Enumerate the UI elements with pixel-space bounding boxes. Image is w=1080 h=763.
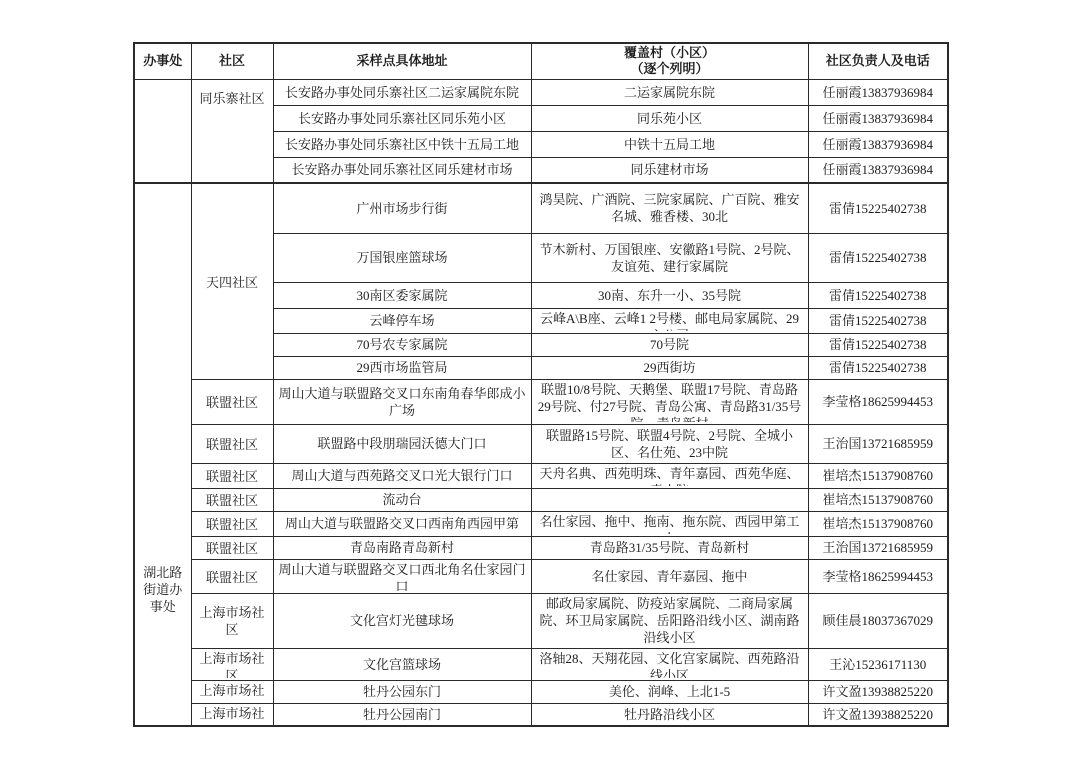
address-cell: 长安路办事处同乐寨社区中铁十五局工地 xyxy=(273,131,531,157)
contact-text: 雷倩15225402738 xyxy=(814,312,943,329)
covered-text: 云峰A\B座、云峰1 2号楼、邮电局家属院、29六公司 xyxy=(537,310,803,331)
header-address: 采样点具体地址 xyxy=(273,43,531,79)
table-row: 联盟社区 青岛南路青岛新村 青岛路31/35号院、青岛新村 王治国1372168… xyxy=(134,536,948,559)
contact-text: 王治国13721685959 xyxy=(814,539,943,556)
address-text: 长安路办事处同乐寨社区同乐苑小区 xyxy=(279,110,526,127)
address-text: 30南区委家属院 xyxy=(279,287,526,304)
contact-cell: 雷倩15225402738 xyxy=(808,183,948,233)
contact-cell: 许文盈13938825220 xyxy=(808,703,948,726)
address-cell: 青岛南路青岛新村 xyxy=(273,536,531,559)
address-text: 周山大道与联盟路交叉口西南角西园甲第 xyxy=(279,515,526,532)
address-cell: 周山大道与西苑路交叉口光大银行门口 xyxy=(273,463,531,488)
address-cell: 长安路办事处同乐寨社区同乐建材市场 xyxy=(273,157,531,183)
contact-cell: 王治国13721685959 xyxy=(808,536,948,559)
table-row: 上海市场社区 牡丹公园南门 牡丹路沿线小区 许文盈13938825220 xyxy=(134,703,948,726)
address-text: 周山大道与西苑路交叉口光大银行门口 xyxy=(279,467,526,484)
address-cell: 文化宫灯光毽球场 xyxy=(273,593,531,648)
contact-cell: 雷倩15225402738 xyxy=(808,233,948,282)
table-row: 联盟社区 周山大道与西苑路交叉口光大银行门口 天舟名典、西苑明珠、青年嘉园、西苑… xyxy=(134,463,948,488)
table-row: 联盟社区 周山大道与联盟路交叉口东南角春华郎成小广场 联盟10/8号院、天鹅堡、… xyxy=(134,379,948,424)
table-row: 上海市场社区 文化宫篮球场 洛轴28、天翔花园、文化宫家属院、西苑路沿线小区 王… xyxy=(134,648,948,680)
address-text: 周山大道与联盟路交叉口西北角名仕家园门口 xyxy=(279,561,526,591)
contact-text: 任丽霞13837936984 xyxy=(814,161,943,178)
covered-text: 美伦、润峰、上北1-5 xyxy=(537,683,803,700)
contact-text: 王治国13721685959 xyxy=(814,435,943,452)
contact-text: 崔培杰15137908760 xyxy=(814,491,943,508)
contact-cell: 任丽霞13837936984 xyxy=(808,105,948,131)
contact-text: 雷倩15225402738 xyxy=(814,359,943,376)
address-cell: 长安路办事处同乐寨社区同乐苑小区 xyxy=(273,105,531,131)
address-text: 云峰停车场 xyxy=(279,312,526,329)
contact-text: 李莹格18625994453 xyxy=(814,568,943,585)
address-text: 牡丹公园东门 xyxy=(279,683,526,700)
community-cell: 联盟社区 xyxy=(191,379,273,424)
office-cell xyxy=(134,79,191,183)
address-text: 青岛南路青岛新村 xyxy=(279,539,526,556)
header-row: 办事处 社区 采样点具体地址 覆盖村（小区） （逐个列明） 社区负责人及电话 xyxy=(134,43,948,79)
covered-cell: 联盟10/8号院、天鹅堡、联盟17号院、青岛路29号院、付27号院、青岛公寓、青… xyxy=(531,379,808,424)
contact-cell: 李莹格18625994453 xyxy=(808,379,948,424)
office-cell: 湖北路街道办事处 xyxy=(134,183,191,726)
community-cell: 上海市场社区 xyxy=(191,680,273,703)
covered-text: 鸿昊院、广酒院、三院家属院、广百院、雅安名城、雅香楼、30北 xyxy=(537,191,803,225)
covered-text: 青岛路31/35号院、青岛新村 xyxy=(537,539,803,556)
address-cell: 流动台 xyxy=(273,488,531,511)
community-cell: 上海市场社区 xyxy=(191,593,273,648)
address-cell: 牡丹公园东门 xyxy=(273,680,531,703)
contact-cell: 许文盈13938825220 xyxy=(808,680,948,703)
contact-cell: 雷倩15225402738 xyxy=(808,308,948,333)
covered-cell: 鸿昊院、广酒院、三院家属院、广百院、雅安名城、雅香楼、30北 xyxy=(531,183,808,233)
covered-text: 联盟10/8号院、天鹅堡、联盟17号院、青岛路29号院、付27号院、青岛公寓、青… xyxy=(537,381,803,422)
covered-text: 天舟名典、西苑明珠、青年嘉园、西苑华庭、青小院 xyxy=(537,465,803,486)
covered-cell: 邮政局家属院、防疫站家属院、二商局家属院、环卫局家属院、岳阳路沿线小区、湖南路沿… xyxy=(531,593,808,648)
address-cell: 万国银座篮球场 xyxy=(273,233,531,282)
covered-cell: 名仕家园、拖中、拖南、拖东院、西园甲第工人 xyxy=(531,511,808,536)
address-cell: 广州市场步行街 xyxy=(273,183,531,233)
covered-cell: 联盟路15号院、联盟4号院、2号院、全城小区、名仕苑、23中院 xyxy=(531,424,808,463)
address-text: 广州市场步行街 xyxy=(279,200,526,217)
contact-cell: 崔培杰15137908760 xyxy=(808,463,948,488)
address-text: 长安路办事处同乐寨社区二运家属院东院 xyxy=(279,84,526,101)
contact-text: 雷倩15225402738 xyxy=(814,249,943,266)
community-cell: 上海市场社区 xyxy=(191,703,273,726)
covered-text: 同乐苑小区 xyxy=(537,110,803,127)
address-text: 70号农专家属院 xyxy=(279,336,526,353)
address-text: 万国银座篮球场 xyxy=(279,249,526,266)
community-text: 上海市场社区 xyxy=(197,682,268,701)
covered-cell: 云峰A\B座、云峰1 2号楼、邮电局家属院、29六公司 xyxy=(531,308,808,333)
covered-cell: 名仕家园、青年嘉园、拖中 xyxy=(531,559,808,593)
covered-text: 邮政局家属院、防疫站家属院、二商局家属院、环卫局家属院、岳阳路沿线小区、湖南路沿… xyxy=(537,595,803,646)
address-text: 长安路办事处同乐寨社区中铁十五局工地 xyxy=(279,136,526,153)
contact-text: 任丽霞13837936984 xyxy=(814,136,943,153)
covered-text: 牡丹路沿线小区 xyxy=(537,706,803,723)
address-cell: 联盟路中段朋瑞园沃德大门口 xyxy=(273,424,531,463)
contact-cell: 崔培杰15137908760 xyxy=(808,511,948,536)
covered-text: 名仕家园、拖中、拖南、拖东院、西园甲第工人 xyxy=(537,513,803,534)
table-row: 联盟社区 周山大道与联盟路交叉口西北角名仕家园门口 名仕家园、青年嘉园、拖中 李… xyxy=(134,559,948,593)
contact-cell: 雷倩15225402738 xyxy=(808,356,948,379)
contact-text: 顾佳晨18037367029 xyxy=(814,612,943,629)
covered-text: 70号院 xyxy=(537,336,803,353)
covered-text: 中铁十五局工地 xyxy=(537,136,803,153)
covered-cell: 天舟名典、西苑明珠、青年嘉园、西苑华庭、青小院 xyxy=(531,463,808,488)
community-cell: 联盟社区 xyxy=(191,536,273,559)
community-cell: 联盟社区 xyxy=(191,559,273,593)
contact-text: 雷倩15225402738 xyxy=(814,200,943,217)
address-cell: 周山大道与联盟路交叉口西南角西园甲第 xyxy=(273,511,531,536)
header-office: 办事处 xyxy=(134,43,191,79)
contact-cell: 任丽霞13837936984 xyxy=(808,131,948,157)
covered-text: 联盟路15号院、联盟4号院、2号院、全城小区、名仕苑、23中院 xyxy=(537,427,803,461)
contact-cell: 王沁15236171130 xyxy=(808,648,948,680)
covered-cell: 同乐建材市场 xyxy=(531,157,808,183)
covered-cell: 牡丹路沿线小区 xyxy=(531,703,808,726)
community-cell: 联盟社区 xyxy=(191,424,273,463)
covered-cell: 同乐苑小区 xyxy=(531,105,808,131)
covered-text: 名仕家园、青年嘉园、拖中 xyxy=(537,568,803,585)
address-cell: 70号农专家属院 xyxy=(273,333,531,356)
covered-cell xyxy=(531,488,808,511)
covered-text: 同乐建材市场 xyxy=(537,161,803,178)
address-text: 29西市场监管局 xyxy=(279,359,526,376)
contact-text: 崔培杰15137908760 xyxy=(814,467,943,484)
covered-cell: 中铁十五局工地 xyxy=(531,131,808,157)
covered-cell: 洛轴28、天翔花园、文化宫家属院、西苑路沿线小区 xyxy=(531,648,808,680)
address-text: 文化宫灯光毽球场 xyxy=(279,612,526,629)
address-cell: 周山大道与联盟路交叉口西北角名仕家园门口 xyxy=(273,559,531,593)
address-text: 长安路办事处同乐寨社区同乐建材市场 xyxy=(279,161,526,178)
covered-cell: 青岛路31/35号院、青岛新村 xyxy=(531,536,808,559)
table-row: 联盟社区 周山大道与联盟路交叉口西南角西园甲第 名仕家园、拖中、拖南、拖东院、西… xyxy=(134,511,948,536)
contact-text: 任丽霞13837936984 xyxy=(814,84,943,101)
covered-cell: 节木新村、万国银座、安徽路1号院、2号院、友谊苑、建行家属院 xyxy=(531,233,808,282)
community-cell: 联盟社区 xyxy=(191,511,273,536)
header-covered: 覆盖村（小区） （逐个列明） xyxy=(531,43,808,79)
contact-text: 任丽霞13837936984 xyxy=(814,110,943,127)
contact-text: 李莹格18625994453 xyxy=(814,393,943,410)
community-cell: 联盟社区 xyxy=(191,488,273,511)
contact-cell: 任丽霞13837936984 xyxy=(808,79,948,105)
contact-cell: 任丽霞13837936984 xyxy=(808,157,948,183)
table-row: 湖北路街道办事处 天四社区 广州市场步行街 鸿昊院、广酒院、三院家属院、广百院、… xyxy=(134,183,948,233)
contact-text: 雷倩15225402738 xyxy=(814,287,943,304)
contact-text: 雷倩15225402738 xyxy=(814,336,943,353)
contact-text: 王沁15236171130 xyxy=(814,656,943,673)
community-text: 上海市场社区 xyxy=(197,705,268,724)
header-community: 社区 xyxy=(191,43,273,79)
table-row: 联盟社区 流动台 崔培杰15137908760 xyxy=(134,488,948,511)
address-cell: 文化宫篮球场 xyxy=(273,648,531,680)
contact-cell: 王治国13721685959 xyxy=(808,424,948,463)
contact-cell: 顾佳晨18037367029 xyxy=(808,593,948,648)
contact-cell: 崔培杰15137908760 xyxy=(808,488,948,511)
contact-text: 许文盈13938825220 xyxy=(814,683,943,700)
covered-text: 30南、东升一小、35号院 xyxy=(537,287,803,304)
table-row: 同乐寨社区 长安路办事处同乐寨社区二运家属院东院 二运家属院东院 任丽霞1383… xyxy=(134,79,948,105)
covered-text: 29西街坊 xyxy=(537,359,803,376)
address-cell: 29西市场监管局 xyxy=(273,356,531,379)
contact-cell: 雷倩15225402738 xyxy=(808,333,948,356)
address-cell: 周山大道与联盟路交叉口东南角春华郎成小广场 xyxy=(273,379,531,424)
address-text: 文化宫篮球场 xyxy=(279,656,526,673)
address-text: 周山大道与联盟路交叉口东南角春华郎成小广场 xyxy=(279,385,526,419)
address-cell: 云峰停车场 xyxy=(273,308,531,333)
address-cell: 30南区委家属院 xyxy=(273,282,531,308)
address-text: 联盟路中段朋瑞园沃德大门口 xyxy=(279,435,526,452)
community-cell: 上海市场社区 xyxy=(191,648,273,680)
covered-cell: 29西街坊 xyxy=(531,356,808,379)
address-cell: 牡丹公园南门 xyxy=(273,703,531,726)
address-cell: 长安路办事处同乐寨社区二运家属院东院 xyxy=(273,79,531,105)
contact-text: 许文盈13938825220 xyxy=(814,706,943,723)
covered-cell: 美伦、润峰、上北1-5 xyxy=(531,680,808,703)
community-cell: 联盟社区 xyxy=(191,463,273,488)
table-row: 联盟社区 联盟路中段朋瑞园沃德大门口 联盟路15号院、联盟4号院、2号院、全城小… xyxy=(134,424,948,463)
contact-cell: 雷倩15225402738 xyxy=(808,282,948,308)
header-contact: 社区负责人及电话 xyxy=(808,43,948,79)
covered-cell: 30南、东升一小、35号院 xyxy=(531,282,808,308)
covered-text: 节木新村、万国银座、安徽路1号院、2号院、友谊苑、建行家属院 xyxy=(537,241,803,275)
table-row: 上海市场社区 牡丹公园东门 美伦、润峰、上北1-5 许文盈13938825220 xyxy=(134,680,948,703)
address-text: 流动台 xyxy=(279,491,526,508)
contact-cell: 李莹格18625994453 xyxy=(808,559,948,593)
community-text: 上海市场社区 xyxy=(197,650,268,678)
table-row: 上海市场社区 文化宫灯光毽球场 邮政局家属院、防疫站家属院、二商局家属院、环卫局… xyxy=(134,593,948,648)
covered-cell: 二运家属院东院 xyxy=(531,79,808,105)
community-cell: 同乐寨社区 xyxy=(191,79,273,183)
covered-cell: 70号院 xyxy=(531,333,808,356)
sampling-points-table: 办事处 社区 采样点具体地址 覆盖村（小区） （逐个列明） 社区负责人及电话 同… xyxy=(133,42,949,727)
address-text: 牡丹公园南门 xyxy=(279,706,526,723)
community-cell: 天四社区 xyxy=(191,183,273,379)
community-text: 上海市场社区 xyxy=(197,604,268,638)
covered-text: 二运家属院东院 xyxy=(537,84,803,101)
contact-text: 崔培杰15137908760 xyxy=(814,515,943,532)
covered-text: 洛轴28、天翔花园、文化宫家属院、西苑路沿线小区 xyxy=(537,650,803,678)
